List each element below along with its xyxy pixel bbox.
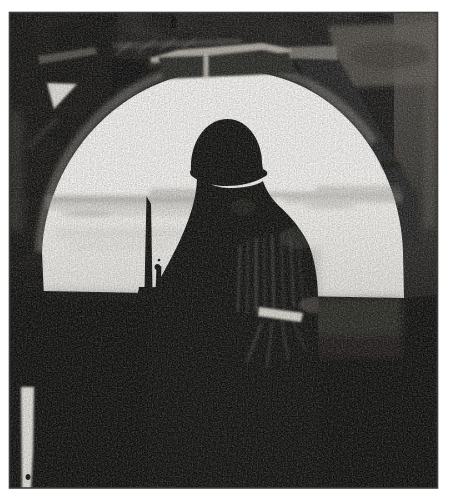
page (0, 0, 453, 500)
photograph (0, 0, 453, 500)
film-grain-overlay-dark (9, 12, 438, 488)
photo-frame (0, 0, 453, 500)
